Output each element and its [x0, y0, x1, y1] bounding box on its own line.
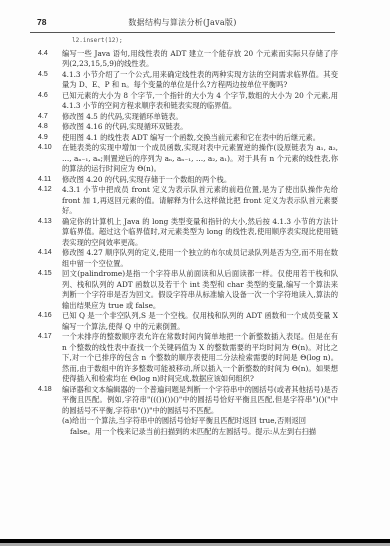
exercise-text: 确定你的计算机上 Java 的 long 类型变量和指针的大小,然后按 4.1.… [62, 217, 338, 249]
header-rule [30, 32, 335, 33]
exercise-4-8: 4.8 修改图 4.16 的代码,实现循环双链表。 [38, 122, 338, 133]
exercise-number: 4.16 [38, 311, 52, 322]
exercise-4-13: 4.13 确定你的计算机上 Java 的 long 类型变量和指针的大小,然后按… [38, 217, 338, 249]
book-title: 数据结构与算法分析(Java版) [30, 17, 335, 28]
exercise-number: 4.17 [38, 332, 52, 343]
running-head: 78 数据结构与算法分析(Java版) [30, 17, 335, 31]
exercise-4-14: 4.14 修改图 4.27 顺序队列的定义,使用一个独立的布尔成员记录队列是否为… [38, 248, 338, 269]
exercise-text: 已知 Q 是一个非空队列,S 是一个空栈。仅用栈和队列的 ADT 函数和一个成员… [62, 311, 338, 332]
exercise-4-5: 4.5 4.1.3 小节介绍了一个公式,用来确定线性表的两种实现方法的空间需求临… [38, 70, 338, 91]
part-a-first-line: (a)给出一个算法,当字符串中的圆括号恰好平衡且匹配时返回 true,否则返回 [62, 416, 338, 427]
exercise-text: 编写一些 Java 语句,用线性表的 ADT 建立一个能存放 20 个元素而实际… [62, 49, 338, 70]
exercise-number: 4.14 [38, 248, 52, 259]
exercise-text: 修改图 4.20 的代码,实现存储于一个数组的两个栈。 [62, 175, 338, 186]
exercise-text: 修改图 4.16 的代码,实现循环双链表。 [62, 122, 338, 133]
exercise-4-7: 4.7 修改图 4.5 的代码,实现循环单链表。 [38, 112, 338, 123]
exercise-number: 4.6 [38, 91, 48, 102]
exercise-text: 修改图 4.5 的代码,实现循环单链表。 [62, 112, 338, 123]
book-page: 78 数据结构与算法分析(Java版) l2.insert(12); 4.4 编… [0, 0, 390, 546]
exercise-text: 编译器和文本编辑器的一个普遍问题是判断一个字符串中的圆括号(或者其他括号)是否平… [62, 385, 338, 417]
exercise-4-12: 4.12 4.3.1 小节中把成员 front 定义为表示队首元素的前趋位置,是… [38, 185, 338, 217]
exercise-text: 一个未排序的整数顺序表允许在常数时间内简单地把一个新整数插入表尾。但是在有 n … [62, 332, 338, 385]
exercise-number: 4.18 [38, 385, 52, 396]
exercise-4-9: 4.9 使用图 4.1 的线性表 ADT 编写一个函数,交换当前元素和它在表中的… [38, 133, 338, 144]
exercise-number: 4.11 [38, 175, 51, 186]
exercise-4-10: 4.10 在链表类的实现中增加一个成员函数,实现对表中元素置逆的操作(设原链表为… [38, 143, 338, 175]
exercise-text: 4.3.1 小节中把成员 front 定义为表示队首元素的前趋位置,是为了使出队… [62, 185, 338, 217]
exercise-4-6: 4.6 已知元素的大小为 8 个字节,一个指针的大小为 4 个字节,数组的大小为… [38, 91, 338, 112]
exercise-text: 已知元素的大小为 8 个字节,一个指针的大小为 4 个字节,数组的大小为 20 … [62, 91, 338, 112]
exercise-4-16: 4.16 已知 Q 是一个非空队列,S 是一个空栈。仅用栈和队列的 ADT 函数… [38, 311, 338, 332]
exercise-number: 4.7 [38, 112, 48, 123]
exercise-number: 4.9 [38, 133, 48, 144]
code-fragment: l2.insert(12); [38, 36, 338, 47]
exercise-list: l2.insert(12); 4.4 编写一些 Java 语句,用线性表的 AD… [38, 38, 338, 437]
exercise-text: 修改图 4.27 顺序队列的定义,使用一个独立的布尔成员记录队列是否为空,而不用… [62, 248, 338, 269]
exercise-number: 4.15 [38, 269, 52, 280]
exercise-text: 4.1.3 小节介绍了一个公式,用来确定线性表的两种实现方法的空间需求临界值。其… [62, 70, 338, 91]
exercise-4-18: 4.18 编译器和文本编辑器的一个普遍问题是判断一个字符串中的圆括号(或者其他括… [38, 385, 338, 438]
exercise-number: 4.8 [38, 122, 48, 133]
exercise-text: 使用图 4.1 的线性表 ADT 编写一个函数,交换当前元素和它在表中的后继元素… [62, 133, 338, 144]
exercise-number: 4.13 [38, 217, 52, 228]
exercise-4-11: 4.11 修改图 4.20 的代码,实现存储于一个数组的两个栈。 [38, 175, 338, 186]
exercise-4-4: 4.4 编写一些 Java 语句,用线性表的 ADT 建立一个能存放 20 个元… [38, 49, 338, 70]
exercise-4-17: 4.17 一个未排序的整数顺序表允许在常数时间内简单地把一个新整数插入表尾。但是… [38, 332, 338, 385]
exercise-text: 回文(palindrome)是指一个字符串从前面读和从后面读都一样。仅使用若干栈… [62, 269, 338, 311]
exercise-number: 4.5 [38, 70, 48, 81]
exercise-text: 在链表类的实现中增加一个成员函数,实现对表中元素置逆的操作(设原链表为 a₁, … [62, 143, 338, 175]
exercise-number: 4.10 [38, 143, 52, 154]
exercise-part-a: (a)给出一个算法,当字符串中的圆括号恰好平衡且匹配时返回 true,否则返回 … [62, 416, 338, 437]
part-a-continuation: false。用一个栈来记录当前扫描到的未匹配的左圆括号。提示:从左到右扫描 [62, 427, 338, 438]
exercise-number: 4.12 [38, 185, 52, 196]
exercise-number: 4.4 [38, 49, 48, 60]
exercise-4-15: 4.15 回文(palindrome)是指一个字符串从前面读和从后面读都一样。仅… [38, 269, 338, 311]
